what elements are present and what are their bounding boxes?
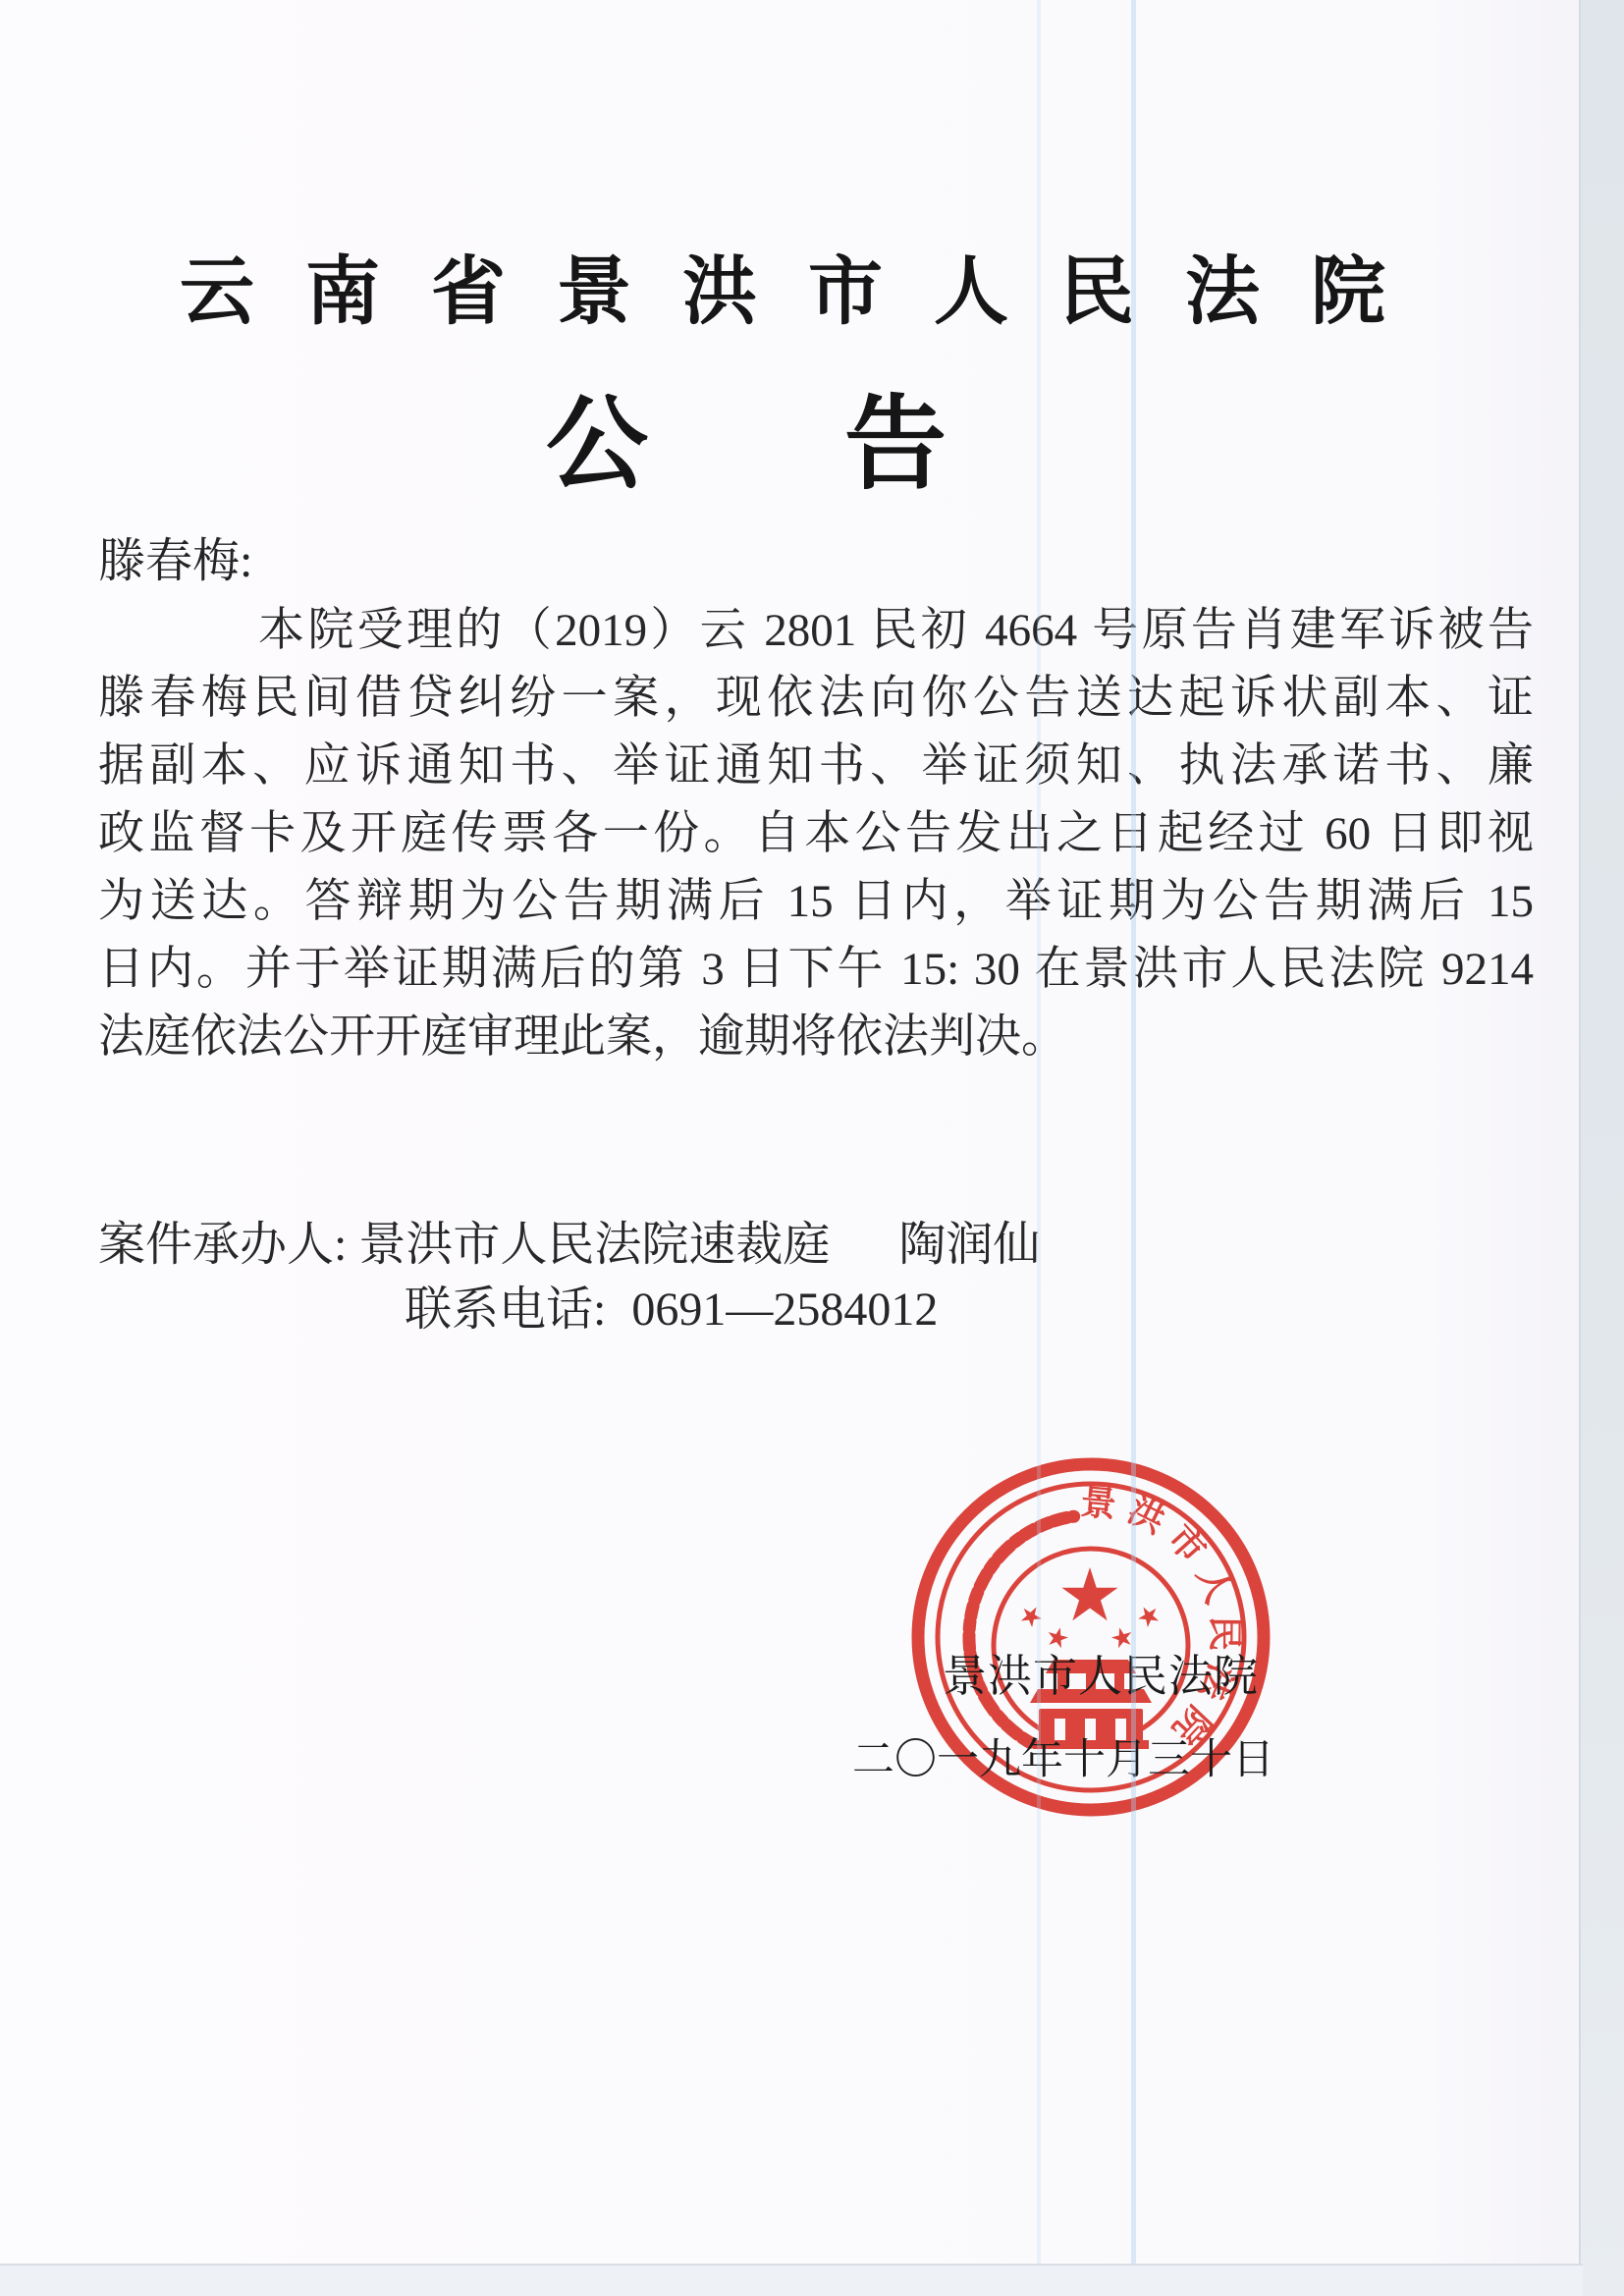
case-handler-line: 案件承办人: 景洪市人民法院速裁庭 陶润仙: [98, 1206, 1040, 1274]
body-line: 为送达。答辩期为公告期满后 15 日内，举证期为公告期满后 15: [98, 868, 1534, 936]
case-handler-court: 景洪市人民法院速裁庭: [358, 1219, 830, 1271]
body-line: 本院受理的（2019）云 2801 民初 4664 号原告肖建军诉被告: [98, 597, 1534, 665]
contact-phone-label: 联系电话:: [405, 1284, 606, 1336]
scan-edge-band-right: [1579, 0, 1624, 2296]
case-handler-label: 案件承办人:: [98, 1219, 347, 1271]
body-line: 日内。并于举证期满后的第 3 日下午 15: 30 在景洪市人民法院 9214: [98, 936, 1534, 1004]
addressee: 滕春梅:: [98, 522, 252, 590]
contact-phone-line: 联系电话: 0691—2584012: [405, 1271, 938, 1339]
body-line: 政监督卡及开庭传票各一份。自本公告发出之日起经过 60 日即视: [98, 800, 1534, 868]
scanned-notice-page: 云南省景洪市人民法院 公告 滕春梅: 本院受理的（2019）云 2801 民初 …: [0, 0, 1624, 2296]
scan-streak-line: [1131, 0, 1136, 2296]
contact-phone-number: 0691—2584012: [631, 1284, 938, 1336]
court-title: 云南省景洪市人民法院: [180, 232, 1436, 339]
scan-streak-line-faint: [1037, 0, 1041, 2296]
body-line: 据副本、应诉通知书、举证通知书、举证须知、执法承诺书、廉: [98, 733, 1534, 800]
case-handler-name: 陶润仙: [898, 1219, 1040, 1271]
seal-dai-script-arc: [969, 1516, 1074, 1742]
notice-body: 本院受理的（2019）云 2801 民初 4664 号原告肖建军诉被告 滕春梅民…: [98, 597, 1534, 1071]
scan-edge-band-bottom: [0, 2264, 1583, 2296]
body-line: 法庭依法公开开庭审理此案，逾期将依法判决。: [98, 1004, 1534, 1071]
notice-title: 公告: [546, 361, 1143, 509]
signature-date: 二〇一九年十月三十日: [852, 1726, 1274, 1786]
signature-court-name: 景洪市人民法院: [943, 1640, 1259, 1704]
body-line: 滕春梅民间借贷纠纷一案，现依法向你公告送达起诉状副本、证: [98, 665, 1534, 733]
